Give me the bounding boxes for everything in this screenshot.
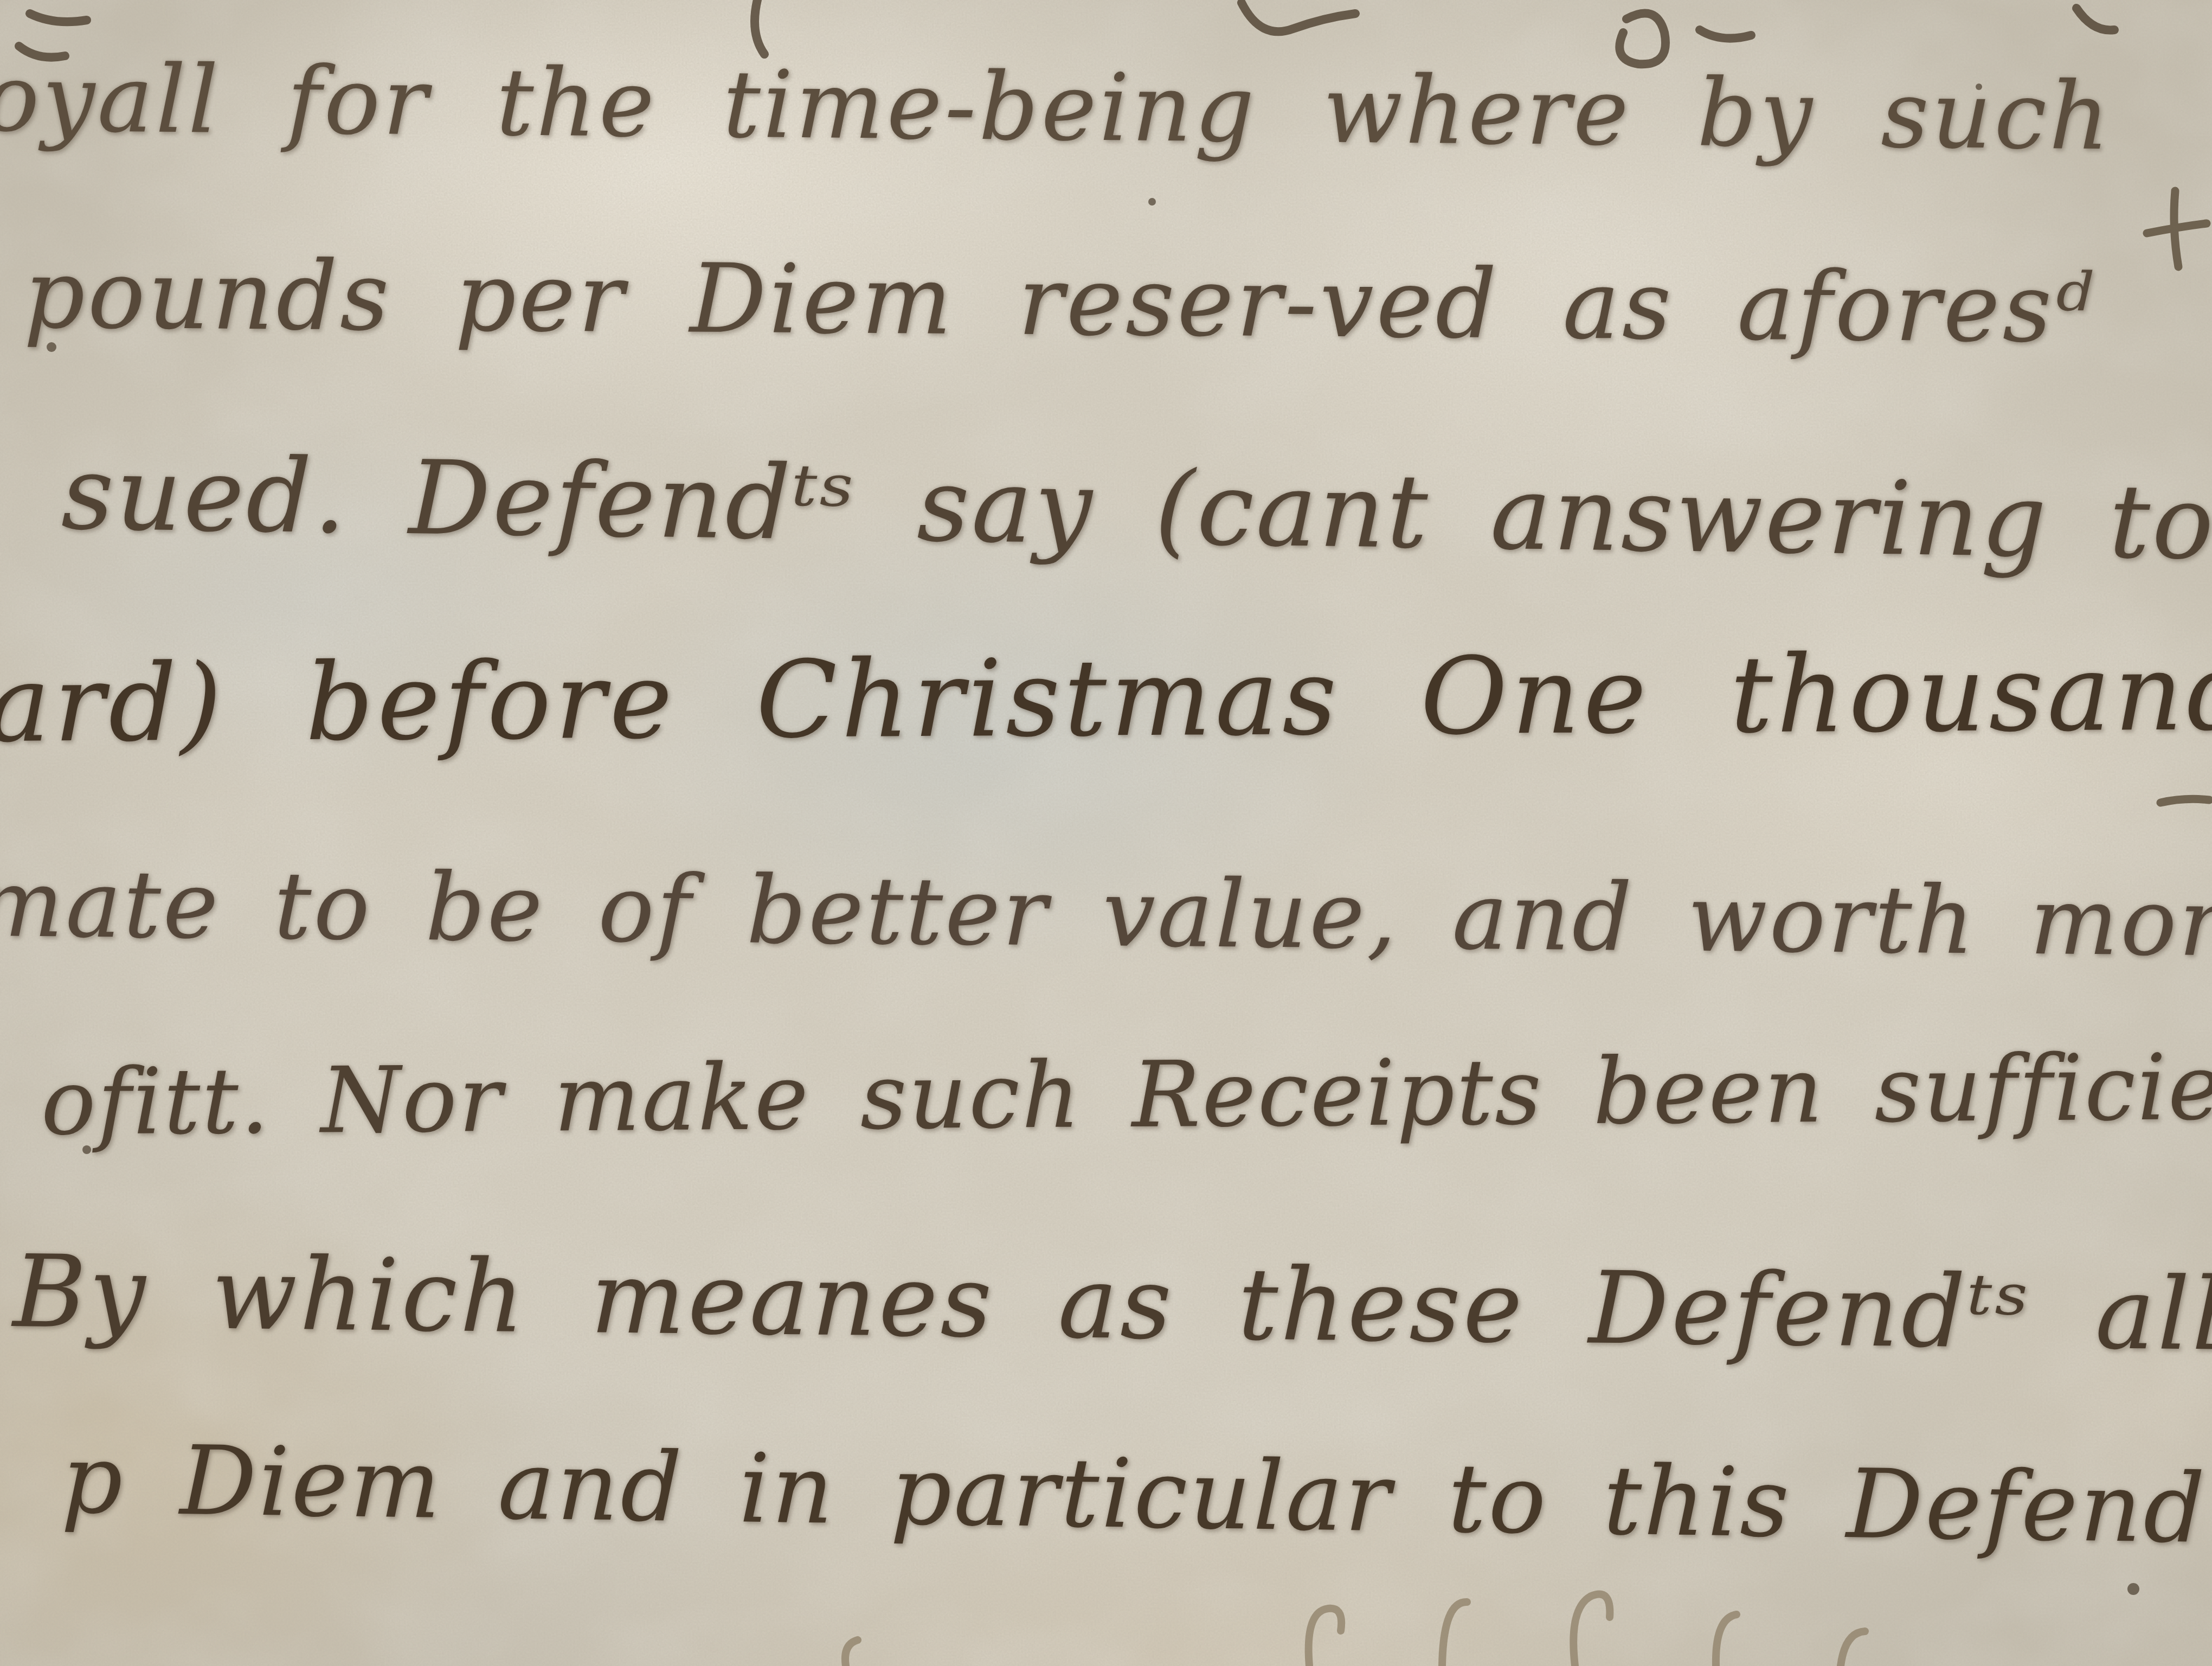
manuscript-line-8: p Diem and in particular to this Defend.… [61,1424,2212,1567]
manuscript-line-3: sued. Defendᵗˢ say (cant answering to [61,434,2212,582]
manuscript-line-2: pounds per Diem reser-ved as aforesᵈ [24,239,2096,364]
manuscript-line-5: mate to be of better value, and worth mo… [0,849,2212,977]
manuscript-photo: oyall for the time-being where by such p… [0,0,2212,1666]
manuscript-line-4: ard) before Christmas One thousand [0,631,2212,766]
manuscript-line-1: oyall for the time-being where by such [0,43,2112,171]
manuscript-line-7: By which meanes as these Defendᵗˢ alle [12,1234,2212,1374]
manuscript-line-6: ofitt. Nor make such Receipts been suffi… [41,1034,2212,1156]
